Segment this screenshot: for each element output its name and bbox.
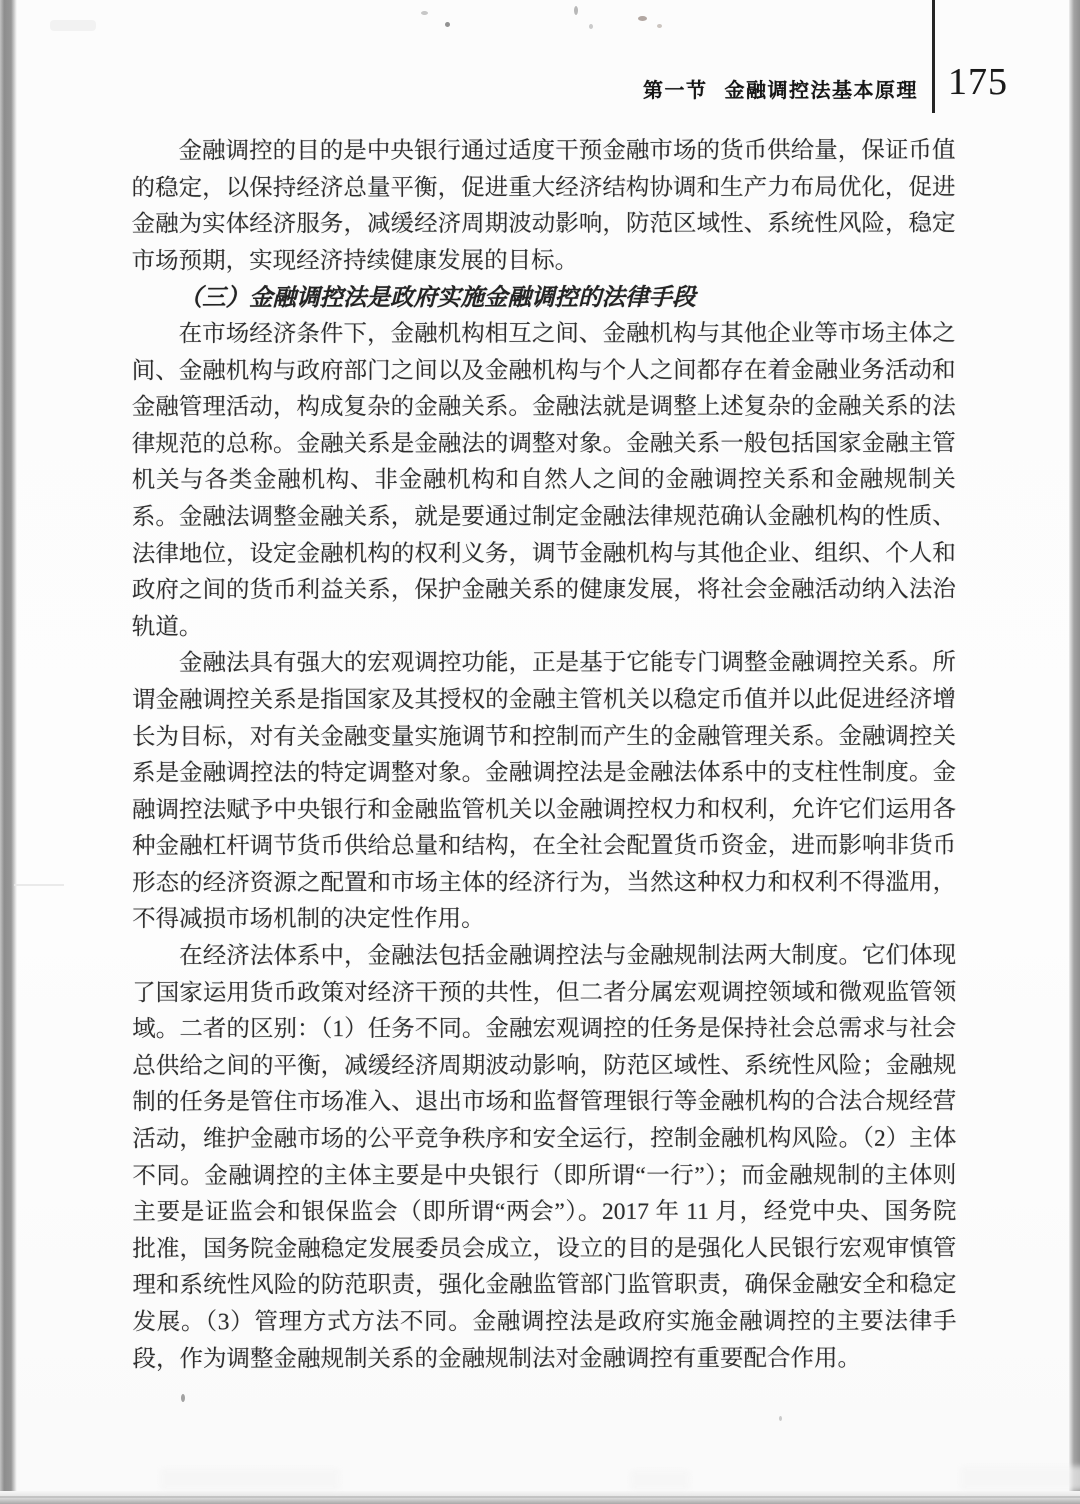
scan-speck [445,22,450,27]
section-label: 第一节 [643,80,708,102]
scan-speck [638,16,647,21]
scan-speck [657,24,662,28]
scan-edge-right [1069,0,1080,1496]
scan-smudge [50,20,96,31]
scan-speck [589,24,593,29]
paragraph-two-systems-differences: 在经济法体系中，金融法包括金融调控法与金融规制法两大制度。它们体现了国家运用货币… [132,938,956,1378]
scan-edge-left [0,0,17,1494]
scan-speck [574,6,578,15]
scan-ghosting [630,1470,690,1490]
page-number: 175 [948,60,1008,104]
scan-speck [181,1394,185,1402]
page-body-text: 金融调控的目的是中央银行通过适度干预金融市场的货币供给量，保证币值的稳定，以保持… [131,133,956,1378]
paragraph-macro-control-function: 金融法具有强大的宏观调控功能，正是基于它能专门调整金融调控关系。所谓金融调控关系… [132,645,956,938]
paragraph-financial-regulation-goal: 金融调控的目的是中央银行通过适度干预金融市场的货币供给量，保证币值的稳定，以保持… [131,133,955,280]
scan-faint-line [14,884,64,886]
running-header: 第一节金融调控法基本原理 [643,74,918,103]
paragraph-financial-relations: 在市场经济条件下，金融机构相互之间、金融机构与其他企业等市场主体之间、金融机构与… [132,316,956,646]
scan-speck [421,11,428,15]
subheading-legal-means: （三）金融调控法是政府实施金融调控的法律手段 [132,279,956,316]
scan-ghosting [160,1468,340,1490]
scan-speck [779,1416,782,1421]
scan-ghosting [960,1466,1080,1490]
header-divider-rule [932,0,935,113]
section-title: 金融调控法基本原理 [725,80,919,102]
book-page-scan: 第一节金融调控法基本原理 175 金融调控的目的是中央银行通过适度干预金融市场的… [0,0,1080,1504]
scan-edge-bottom-line [0,1496,1080,1498]
